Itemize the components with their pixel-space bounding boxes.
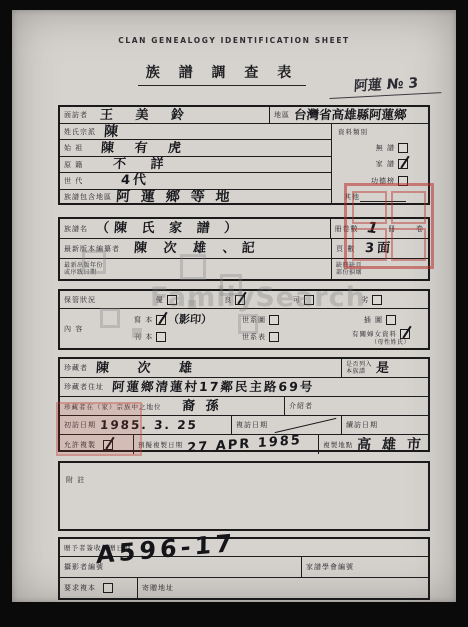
mailing-label: 寄贈地址	[142, 583, 174, 593]
manuscript-note: （影印）	[168, 314, 213, 325]
pubdate-cell: 最新出版年份 或序跋日期	[60, 259, 332, 279]
referrer-label: 介紹者	[289, 401, 313, 411]
cond-exc-label: 優	[156, 295, 164, 305]
form-title: 族 譜 調 查 表	[138, 62, 307, 86]
included-cell: 是否列入 本族譜 是	[342, 359, 428, 377]
copy-request-cell: 要求複本	[60, 578, 138, 598]
cond-fair: 可	[293, 295, 314, 305]
compiler-cell: 最新版本編纂者 陳 次 雄 、記	[60, 239, 332, 258]
origin-label: 原 籍	[64, 160, 83, 170]
category-none: 無 譜	[338, 143, 422, 153]
copy-date-label: 預擬複製日期	[138, 440, 183, 449]
first-visit-value: 1985. 3. 25	[100, 419, 199, 431]
category-family-label: 家 譜	[376, 159, 395, 169]
cond-good-label: 良	[224, 295, 232, 305]
copy-place-label: 複製地點	[323, 440, 353, 449]
holder-value: 陳 次 雄	[96, 362, 205, 375]
checkbox-poor	[372, 295, 382, 305]
included-label-line2: 本族譜	[346, 368, 372, 376]
first-ancestor-value: 陳 有 虎	[101, 142, 190, 155]
content-label: 內 容	[64, 324, 83, 334]
scanned-document: CLAN GENEALOGY IDENTIFICATION SHEET 族 譜 …	[0, 0, 468, 627]
checkbox-table	[269, 332, 279, 342]
first-ancestor-cell: 始 祖 陳 有 虎	[60, 140, 331, 155]
category-family: 家 譜	[338, 159, 422, 169]
category-other: 其他	[338, 192, 422, 202]
address-cell: 珍藏者住址 阿蓮鄉清蓮村17鄰民主路69号	[60, 378, 428, 396]
manuscript-label: 寫 本	[134, 315, 153, 325]
included-label-line1: 是否列入	[346, 361, 372, 369]
section-admin: A596-17 贈予者簽收領贈日期 攝影者編號 家譜學會編號 要求複本 寄贈地址	[58, 537, 430, 600]
content-chart: 世系圖	[242, 315, 328, 325]
condition-options: 優 良 可 劣	[130, 291, 428, 308]
content-table: 世系表	[242, 332, 328, 342]
included-value: 是	[376, 362, 393, 375]
notes-label: 附 註	[66, 476, 85, 484]
book-title-value: （陳 氏 家 譜 ）	[96, 222, 243, 235]
cond-fair-label: 可	[293, 295, 301, 305]
content-label-cell: 內 容	[60, 309, 130, 348]
women-note: （母性姓氏）	[371, 339, 410, 347]
cond-poor: 劣	[361, 295, 382, 305]
category-none-label: 無 譜	[376, 143, 395, 153]
category-merit: 功德榜	[338, 176, 422, 186]
category-other-label: 其他	[344, 192, 360, 202]
checkbox-fair	[304, 295, 314, 305]
illustration-label: 插 圖	[364, 315, 383, 325]
category-merit-label: 功德榜	[371, 176, 395, 186]
condition-label: 保管狀況	[64, 295, 96, 305]
society-label: 家譜學會編號	[306, 562, 354, 572]
generations-cell: 世 代 4代	[60, 173, 331, 188]
coverage-label: 族譜包含地區	[64, 192, 112, 202]
cond-poor-label: 劣	[361, 295, 369, 305]
address-label: 珍藏者住址	[64, 382, 104, 392]
content-illustration: 插 圖	[328, 315, 424, 325]
interviewer-cell: 面訪者 王 美 鈴	[60, 107, 270, 123]
content-printed: 刊 本	[134, 332, 242, 342]
position-cell: 珍藏者在（家）宗族中之地位 裔 孫	[60, 397, 285, 415]
coverage-cell: 族譜包含地區 阿 蓮 鄉 等 地	[60, 190, 331, 205]
region-cell: 地區 台灣省高雄縣阿蓮鄉	[270, 107, 428, 123]
interviewer-label: 面訪者	[64, 110, 88, 120]
referrer-cell: 介紹者	[285, 397, 428, 415]
checkbox-permission	[103, 440, 113, 450]
form-page: CLAN GENEALOGY IDENTIFICATION SHEET 族 譜 …	[12, 10, 456, 602]
condition-label-cell: 保管狀況	[60, 291, 130, 308]
volumes-value: 1	[364, 220, 382, 236]
pubdate-label-line2: 或序跋日期	[64, 269, 97, 277]
handwritten-annotation: 阿蓮 № 3	[329, 71, 442, 99]
coverage-value: 阿 蓮 鄉 等 地	[116, 190, 233, 204]
society-cell: 家譜學會編號	[302, 557, 428, 577]
volumes-unit1: 冊	[388, 224, 396, 234]
pages-cell: 頁 數 3面	[332, 239, 428, 258]
women-label: 有關婦女資料	[352, 329, 397, 338]
region-value: 台灣省高雄縣阿蓮鄉	[294, 109, 407, 122]
first-ancestor-label: 始 祖	[64, 143, 83, 153]
permission-label: 允許複製	[64, 440, 96, 450]
pages-value: 3面	[365, 242, 394, 255]
content-women: 有關婦女資料 （母性姓氏）	[328, 329, 424, 347]
chart-label: 世系圖	[242, 315, 266, 325]
origin-cell: 原 籍 不 詳	[60, 157, 331, 172]
content-manuscript: 寫 本 （影印）	[134, 314, 242, 325]
holder-cell: 珍藏者 陳 次 雄	[60, 359, 342, 377]
checkbox-exc	[167, 295, 177, 305]
checkbox-chart	[269, 315, 279, 325]
form-header: CLAN GENEALOGY IDENTIFICATION SHEET	[12, 36, 456, 45]
region-label: 地區	[274, 110, 290, 120]
handwritten-slash	[275, 417, 337, 432]
permission-cell: 允許複製	[60, 435, 134, 454]
mailing-cell: 寄贈地址	[138, 578, 428, 598]
position-label: 珍藏者在（家）宗族中之地位	[64, 402, 162, 411]
volumes-label: 冊卷數	[335, 224, 359, 234]
second-visit-cell: 複訪日期	[232, 416, 342, 434]
checkbox-family	[398, 159, 408, 169]
checkbox-illustration	[386, 315, 396, 325]
section-identity: 面訪者 王 美 鈴 地區 台灣省高雄縣阿蓮鄉 姓氏宗派 陳 始 祖	[58, 105, 430, 205]
printed-label: 刊 本	[134, 332, 153, 342]
position-value: 裔 孫	[181, 400, 221, 413]
checkbox-none	[398, 143, 408, 153]
table-label: 世系表	[242, 332, 266, 342]
surname-cell: 姓氏宗派 陳	[60, 124, 331, 139]
first-visit-label: 初訪日期	[64, 420, 96, 430]
first-visit-cell: 初訪日期 1985. 3. 25	[60, 416, 232, 434]
generations-label: 世 代	[64, 176, 83, 186]
copy-place-value: 高 雄 市	[357, 438, 425, 452]
section-holder: 珍藏者 陳 次 雄 是否列入 本族譜 是 珍藏者住址 阿蓮鄉清蓮村17鄰民主路6…	[58, 357, 430, 452]
copy-date-value: 27 APR 1985	[187, 434, 302, 455]
category-label: 資料類別	[338, 127, 422, 136]
pubdate-label-line1: 最新出版年份	[64, 262, 103, 270]
origin-value: 不 詳	[113, 158, 174, 171]
third-visit-cell: 續訪日期	[342, 416, 428, 434]
surname-value: 陳	[104, 125, 122, 139]
volumes-unit2: 卷	[416, 224, 424, 234]
checkbox-copy-request	[103, 583, 113, 593]
second-visit-label: 複訪日期	[236, 420, 268, 430]
compiler-value: 陳 次 雄 、記	[134, 242, 261, 255]
generations-value: 4代	[121, 174, 150, 187]
surname-label: 姓氏宗派	[64, 127, 96, 137]
missing-cell: 缺冊缺頁 部份損壞	[332, 259, 428, 279]
third-visit-label: 續訪日期	[346, 420, 378, 430]
copy-place-cell: 複製地點 高 雄 市	[319, 435, 428, 454]
cond-exc: 優	[156, 295, 177, 305]
section-condition: 保管狀況 優 良 可 劣	[58, 289, 430, 350]
checkbox-women	[400, 329, 410, 339]
compiler-label: 最新版本編纂者	[64, 244, 120, 254]
cond-good: 良	[224, 295, 245, 305]
checkbox-printed	[156, 332, 166, 342]
category-panel: 資料類別 無 譜 家 譜 功德榜 其他	[332, 124, 428, 205]
copy-date-cell: 預擬複製日期 27 APR 1985	[134, 435, 319, 454]
missing-label-line1: 缺冊缺頁	[336, 262, 362, 270]
other-blank-line	[360, 193, 406, 202]
interviewer-value: 王 美 鈴	[100, 109, 194, 122]
pages-label: 頁 數	[336, 244, 355, 254]
checkbox-manuscript	[156, 315, 166, 325]
checkbox-good	[235, 295, 245, 305]
section-book: 族譜名 （陳 氏 家 譜 ） 冊卷數 1 冊 卷 最新版本編纂者 陳 次 雄 、…	[58, 217, 430, 281]
volumes-cell: 冊卷數 1 冊 卷	[331, 219, 428, 238]
copy-request-label: 要求複本	[64, 583, 96, 593]
missing-label-line2: 部份損壞	[336, 269, 362, 277]
address-value: 阿蓮鄉清蓮村17鄰民主路69号	[112, 381, 315, 394]
book-title-cell: 族譜名 （陳 氏 家 譜 ）	[60, 219, 331, 238]
book-title-label: 族譜名	[64, 224, 88, 234]
holder-label: 珍藏者	[64, 363, 88, 373]
section-notes: 附 註	[58, 461, 430, 531]
checkbox-merit	[398, 176, 408, 186]
